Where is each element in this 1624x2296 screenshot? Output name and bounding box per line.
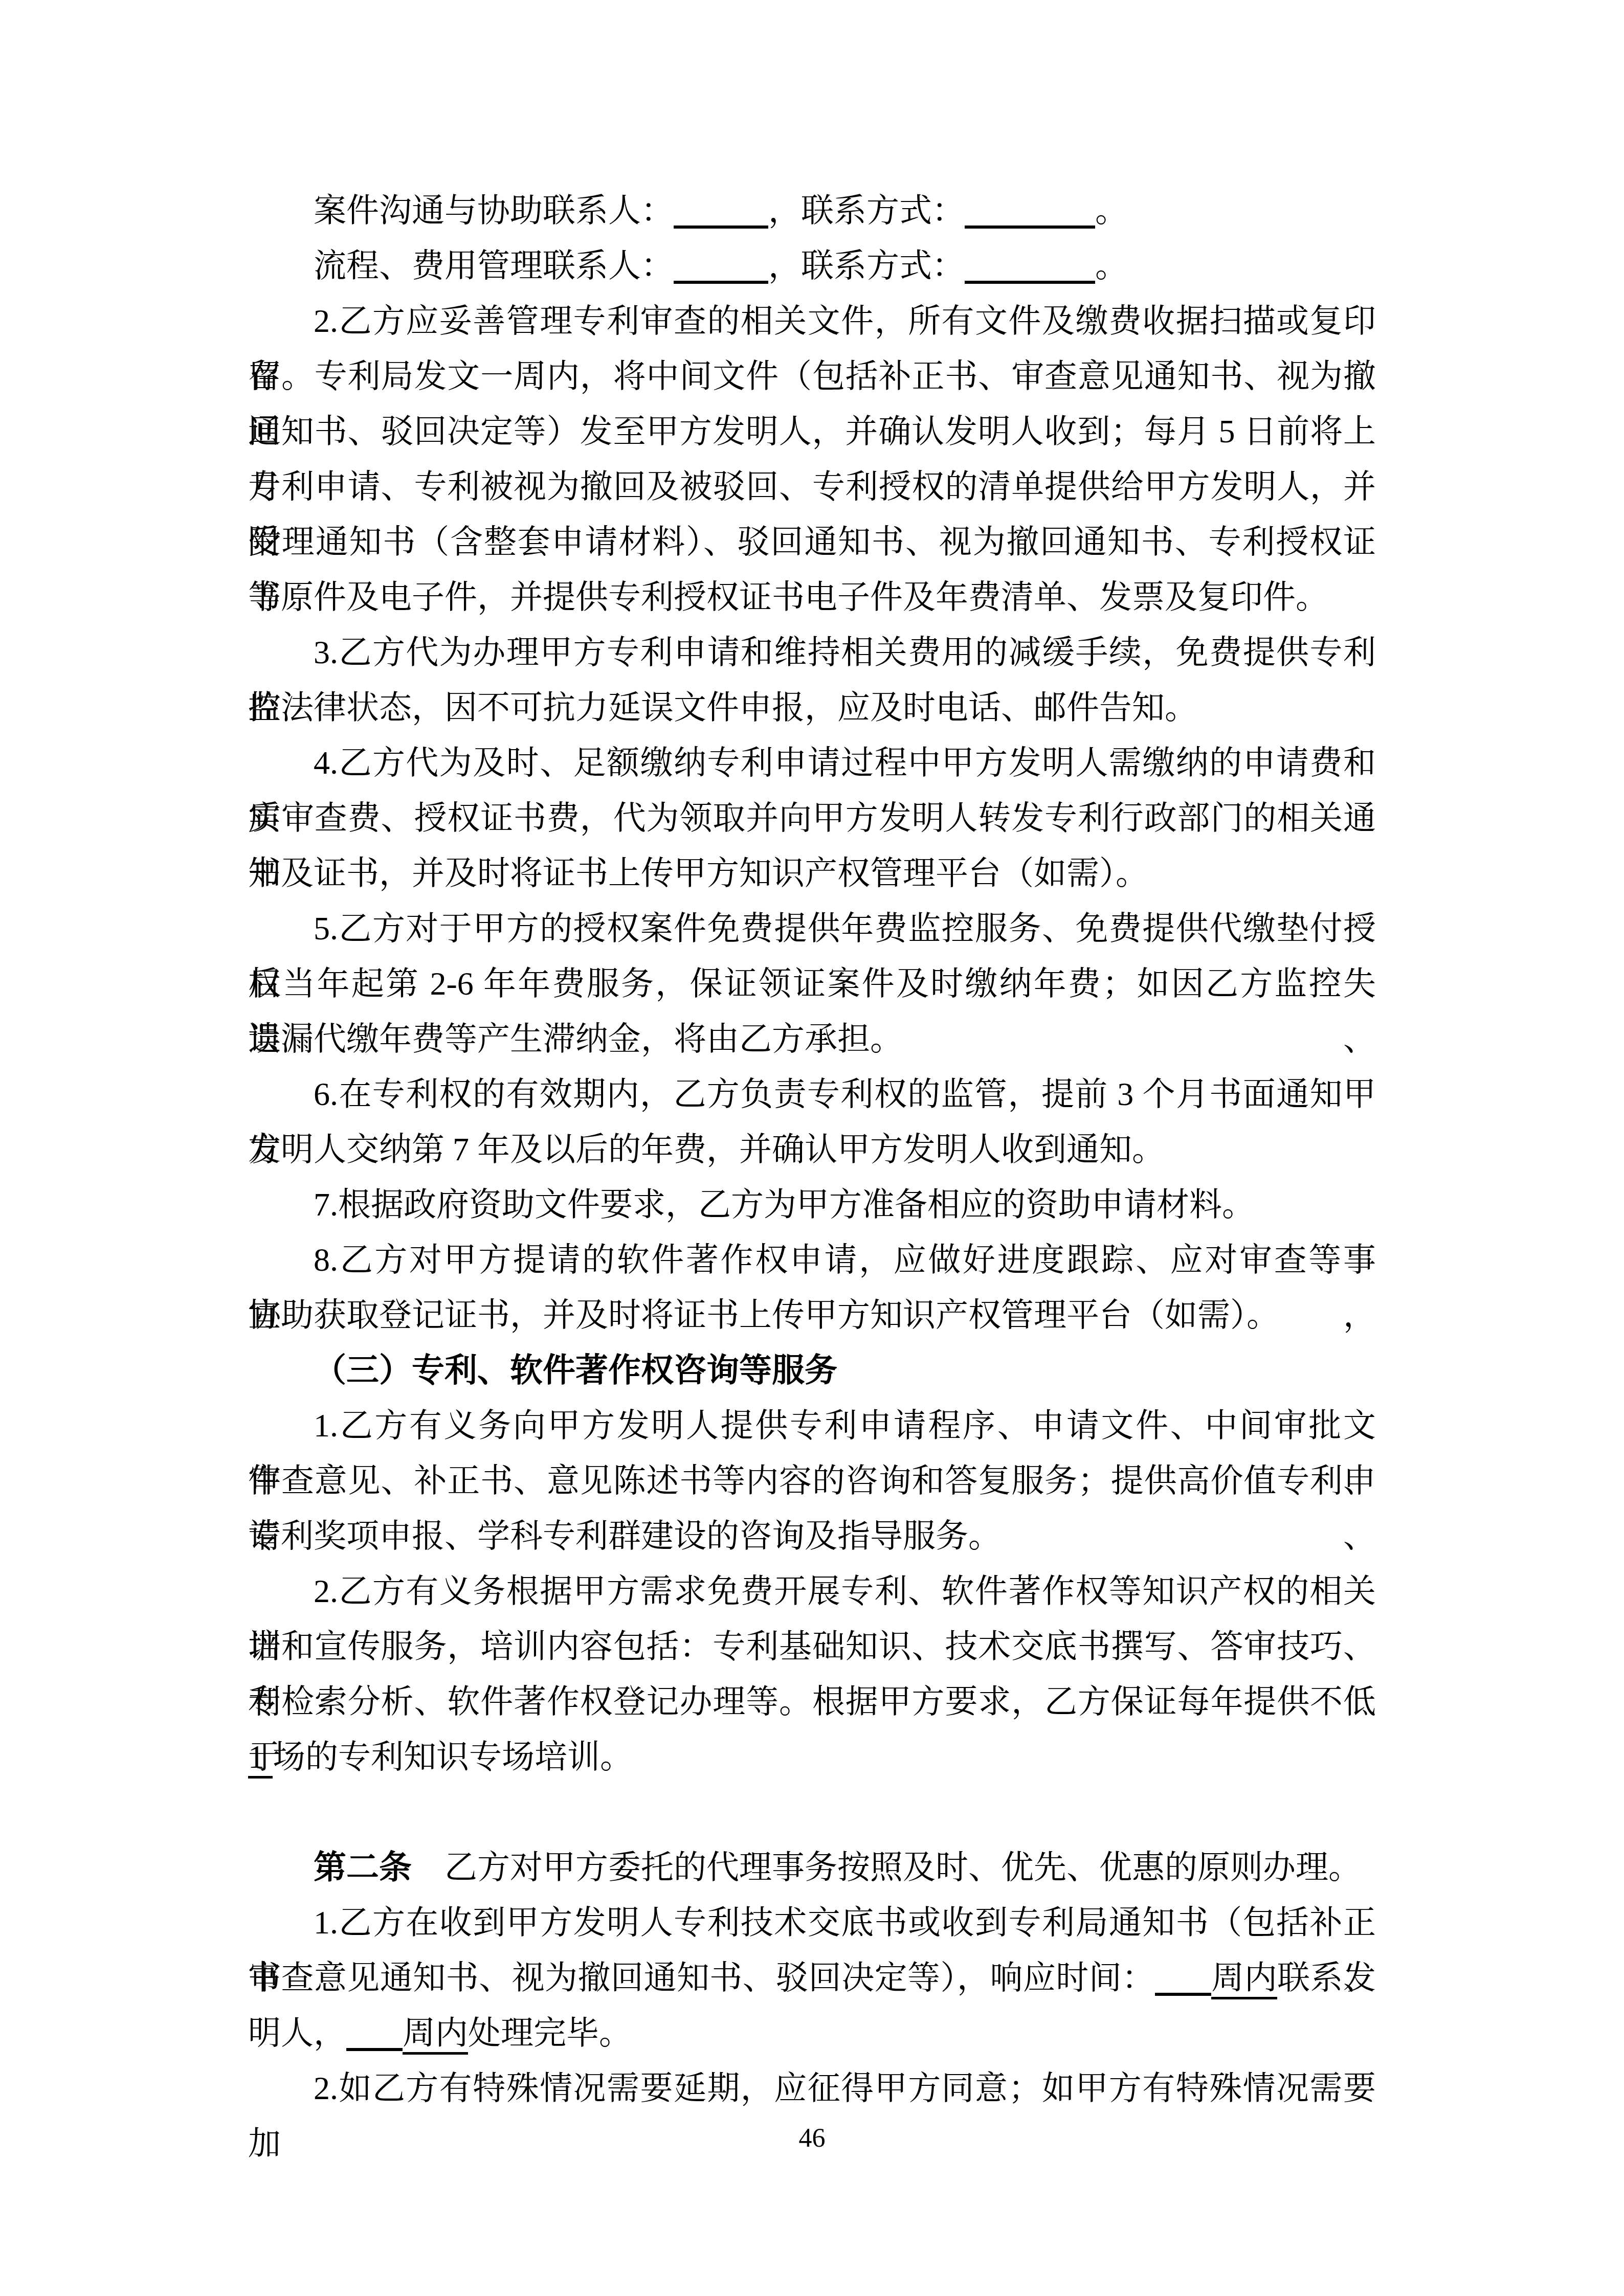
text-line: 存。专利局发文一周内，将中间文件（包括补正书、审查意见通知书、视为撤回: [248, 349, 1376, 404]
fill-in-blank: [965, 193, 1095, 229]
text-run: 处理完毕。: [468, 2015, 632, 2051]
text-run: 乙方对甲方委托的代理事务按照及时、优先、优惠的原则办理。: [412, 1849, 1361, 1885]
text-run: 遗漏代缴年费等产生滞纳金，将由乙方承担。: [248, 1021, 903, 1057]
text-run: 等原件及电子件，并提供专利授权证书电子件及年费清单、发票及复印件。: [248, 579, 1328, 615]
blank-line: [248, 1785, 1376, 1840]
page-number: 46: [0, 2123, 1624, 2154]
text-line: 利检索分析、软件著作权登记办理等。根据甲方要求，乙方保证每年提供不低于: [248, 1674, 1376, 1729]
fill-in-blank: [346, 2015, 403, 2051]
text-line: 训和宣传服务，培训内容包括：专利基础知识、技术交底书撰写、答审技巧、专: [248, 1619, 1376, 1674]
text-line: 等原件及电子件，并提供专利授权证书电子件及年费清单、发票及复印件。: [248, 570, 1376, 625]
text-line: 协助获取登记证书，并及时将证书上传甲方知识产权管理平台（如需）。: [248, 1288, 1376, 1343]
text-run: 7.根据政府资助文件要求，乙方为甲方准备相应的资助申请材料。: [314, 1186, 1255, 1223]
fill-in-blank: [674, 248, 768, 284]
text-run: 明人，: [248, 2015, 346, 2051]
text-line: 书及证书，并及时将证书上传甲方知识产权管理平台（如需）。: [248, 846, 1376, 901]
text-block: 案件沟通与协助联系人：，联系方式：。流程、费用管理联系人：，联系方式：。2.乙方…: [248, 183, 1376, 2116]
text-run: 案件沟通与协助联系人：: [314, 192, 674, 229]
text-line: 审查意见、补正书、意见陈述书等内容的咨询和答复服务；提供高价值专利申请、: [248, 1453, 1376, 1509]
text-line: 专利申请、专利被视为撤回及被驳回、专利授权的清单提供给甲方发明人，并附: [248, 459, 1376, 514]
text-run: 。: [1095, 192, 1128, 229]
fill-in-blank: [1155, 1960, 1211, 1996]
text-run: ，联系方式：: [768, 192, 965, 229]
underlined-text: 周内: [403, 2015, 468, 2055]
text-line: 4.乙方代为及时、足额缴纳专利申请过程中甲方发明人需缴纳的申请费和实: [248, 735, 1376, 791]
text-line: 7.根据政府资助文件要求，乙方为甲方准备相应的资助申请材料。: [248, 1177, 1376, 1232]
text-line: 受理通知书（含整套申请材料）、驳回通知书、视为撤回通知书、专利授权证书: [248, 514, 1376, 570]
text-line: 第二条 乙方对甲方委托的代理事务按照及时、优先、优惠的原则办理。: [248, 1840, 1376, 1895]
text-line: 通知书、驳回决定等）发至甲方发明人，并确认发明人收到；每月 5 日前将上月: [248, 404, 1376, 459]
text-run: 场的专利知识专场培训。: [273, 1739, 633, 1775]
text-line: 3.乙方代为办理甲方专利申请和维持相关费用的减缓手续，免费提供专利监: [248, 625, 1376, 680]
text-run: 控法律状态，因不可抗力延误文件申报，应及时电话、邮件告知。: [248, 689, 1197, 726]
text-line: 审查意见通知书、视为撤回通知书、驳回决定等），响应时间：周内联系发: [248, 1950, 1376, 2006]
text-line: 2.乙方应妥善管理专利审查的相关文件，所有文件及缴费收据扫描或复印留: [248, 294, 1376, 349]
text-line: 1.乙方在收到甲方发明人专利技术交底书或收到专利局通知书（包括补正书、: [248, 1895, 1376, 1950]
text-run: 专利奖项申报、学科专利群建设的咨询及指导服务。: [248, 1518, 1001, 1554]
text-line: 5.乙方对于甲方的授权案件免费提供年费监控服务、免费提供代缴垫付授权: [248, 901, 1376, 956]
text-line: 8.乙方对甲方提请的软件著作权申请，应做好进度跟踪、应对审查等事宜，: [248, 1232, 1376, 1288]
text-line: 后当年起第 2-6 年年费服务，保证领证案件及时缴纳年费；如因乙方监控失误、: [248, 956, 1376, 1011]
text-line: 2.如乙方有特殊情况需要延期，应征得甲方同意；如甲方有特殊情况需要加: [248, 2061, 1376, 2116]
text-run: 联系发: [1277, 1960, 1376, 1996]
text-line: 1 场的专利知识专场培训。: [248, 1729, 1376, 1785]
text-run: 。: [1095, 247, 1128, 284]
section-heading: （三）专利、软件著作权咨询等服务: [248, 1343, 1376, 1398]
clause-title: 第二条: [314, 1849, 412, 1885]
text-line: 发明人交纳第 7 年及以后的年费，并确认甲方发明人收到通知。: [248, 1122, 1376, 1177]
text-line: 6.在专利权的有效期内，乙方负责专利权的监管，提前 3 个月书面通知甲方: [248, 1067, 1376, 1122]
text-run: 流程、费用管理联系人：: [314, 247, 674, 284]
text-run: 协助获取登记证书，并及时将证书上传甲方知识产权管理平台（如需）。: [248, 1297, 1279, 1333]
document-page: 案件沟通与协助联系人：，联系方式：。流程、费用管理联系人：，联系方式：。2.乙方…: [0, 0, 1624, 2296]
underlined-text: 1: [248, 1739, 273, 1779]
text-line: 案件沟通与协助联系人：，联系方式：。: [248, 183, 1376, 238]
text-run: 发明人交纳第 7 年及以后的年费，并确认甲方发明人收到通知。: [248, 1131, 1165, 1167]
text-line: 流程、费用管理联系人：，联系方式：。: [248, 238, 1376, 294]
text-line: 1.乙方有义务向甲方发明人提供专利申请程序、申请文件、中间审批文件、: [248, 1398, 1376, 1453]
text-run: ，联系方式：: [768, 247, 965, 284]
text-line: 质审查费、授权证书费，代为领取并向甲方发明人转发专利行政部门的相关通知: [248, 791, 1376, 846]
text-line: 控法律状态，因不可抗力延误文件申报，应及时电话、邮件告知。: [248, 680, 1376, 735]
text-line: 明人，周内处理完毕。: [248, 2006, 1376, 2061]
text-run: 审查意见通知书、视为撤回通知书、驳回决定等），响应时间：: [248, 1960, 1155, 1996]
fill-in-blank: [965, 248, 1095, 284]
text-line: 2.乙方有义务根据甲方需求免费开展专利、软件著作权等知识产权的相关培: [248, 1564, 1376, 1619]
clause-title: （三）专利、软件著作权咨询等服务: [314, 1352, 837, 1388]
text-run: 书及证书，并及时将证书上传甲方知识产权管理平台（如需）。: [248, 855, 1148, 891]
fill-in-blank: [674, 193, 768, 229]
underlined-text: 周内: [1211, 1960, 1277, 1999]
